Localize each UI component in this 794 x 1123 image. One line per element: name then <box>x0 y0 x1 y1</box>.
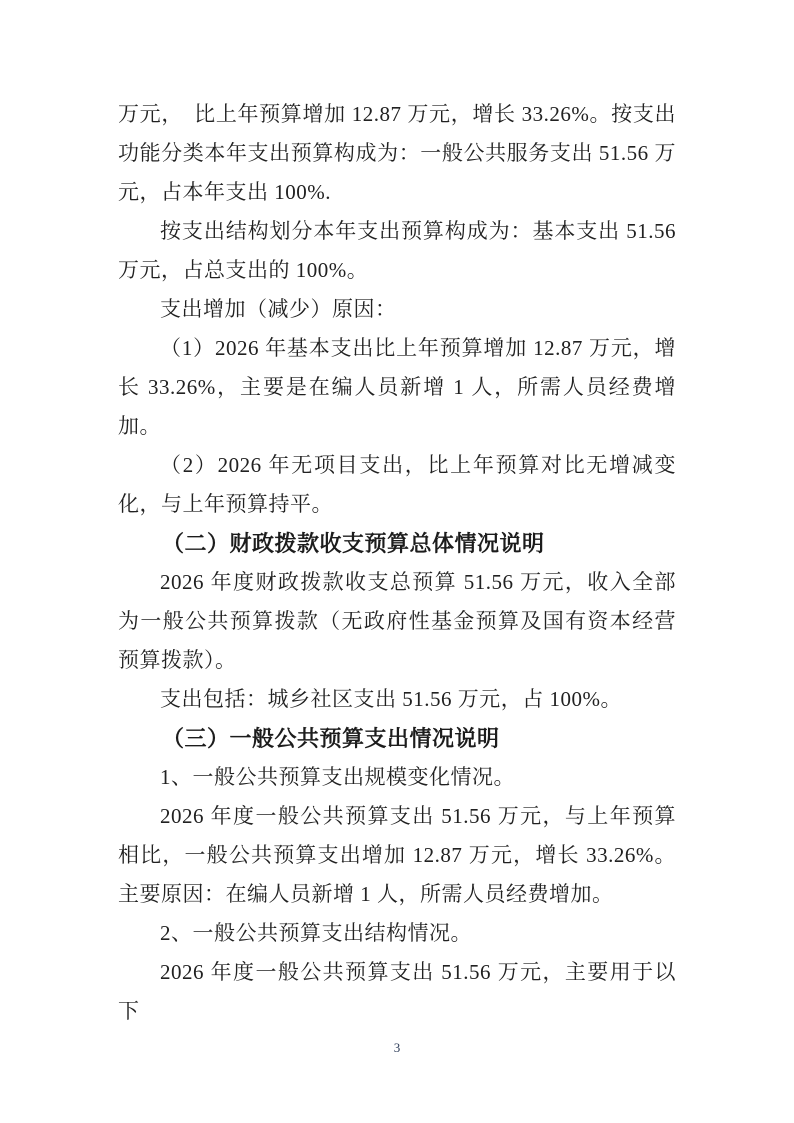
section-heading: （二）财政拨款收支预算总体情况说明 <box>118 524 676 563</box>
paragraph: 支出包括：城乡社区支出 51.56 万元，占 100%。 <box>118 680 676 719</box>
paragraph: 1、一般公共预算支出规模变化情况。 <box>118 758 676 797</box>
paragraph: 2026 年度一般公共预算支出 51.56 万元，与上年预算相比，一般公共预算支… <box>118 797 676 914</box>
paragraph: 按支出结构划分本年支出预算构成为：基本支出 51.56 万元，占总支出的 100… <box>118 212 676 290</box>
paragraph: （1）2026 年基本支出比上年预算增加 12.87 万元，增长 33.26%，… <box>118 329 676 446</box>
text-column: 万元， 比上年预算增加 12.87 万元，增长 33.26%。按支出功能分类本年… <box>118 95 676 1031</box>
page-footer: 3 <box>0 1038 794 1058</box>
page-number: 3 <box>394 1040 401 1055</box>
paragraph: 2026 年度财政拨款收支总预算 51.56 万元，收入全部为一般公共预算拨款（… <box>118 563 676 680</box>
section-heading: （三）一般公共预算支出情况说明 <box>118 719 676 758</box>
paragraph: （2）2026 年无项目支出，比上年预算对比无增减变化，与上年预算持平。 <box>118 446 676 524</box>
paragraph: 支出增加（减少）原因： <box>118 290 676 329</box>
paragraph: 万元， 比上年预算增加 12.87 万元，增长 33.26%。按支出功能分类本年… <box>118 95 676 212</box>
document-page: 万元， 比上年预算增加 12.87 万元，增长 33.26%。按支出功能分类本年… <box>0 0 794 1123</box>
paragraph: 2026 年度一般公共预算支出 51.56 万元，主要用于以下 <box>118 953 676 1031</box>
paragraph: 2、一般公共预算支出结构情况。 <box>118 914 676 953</box>
